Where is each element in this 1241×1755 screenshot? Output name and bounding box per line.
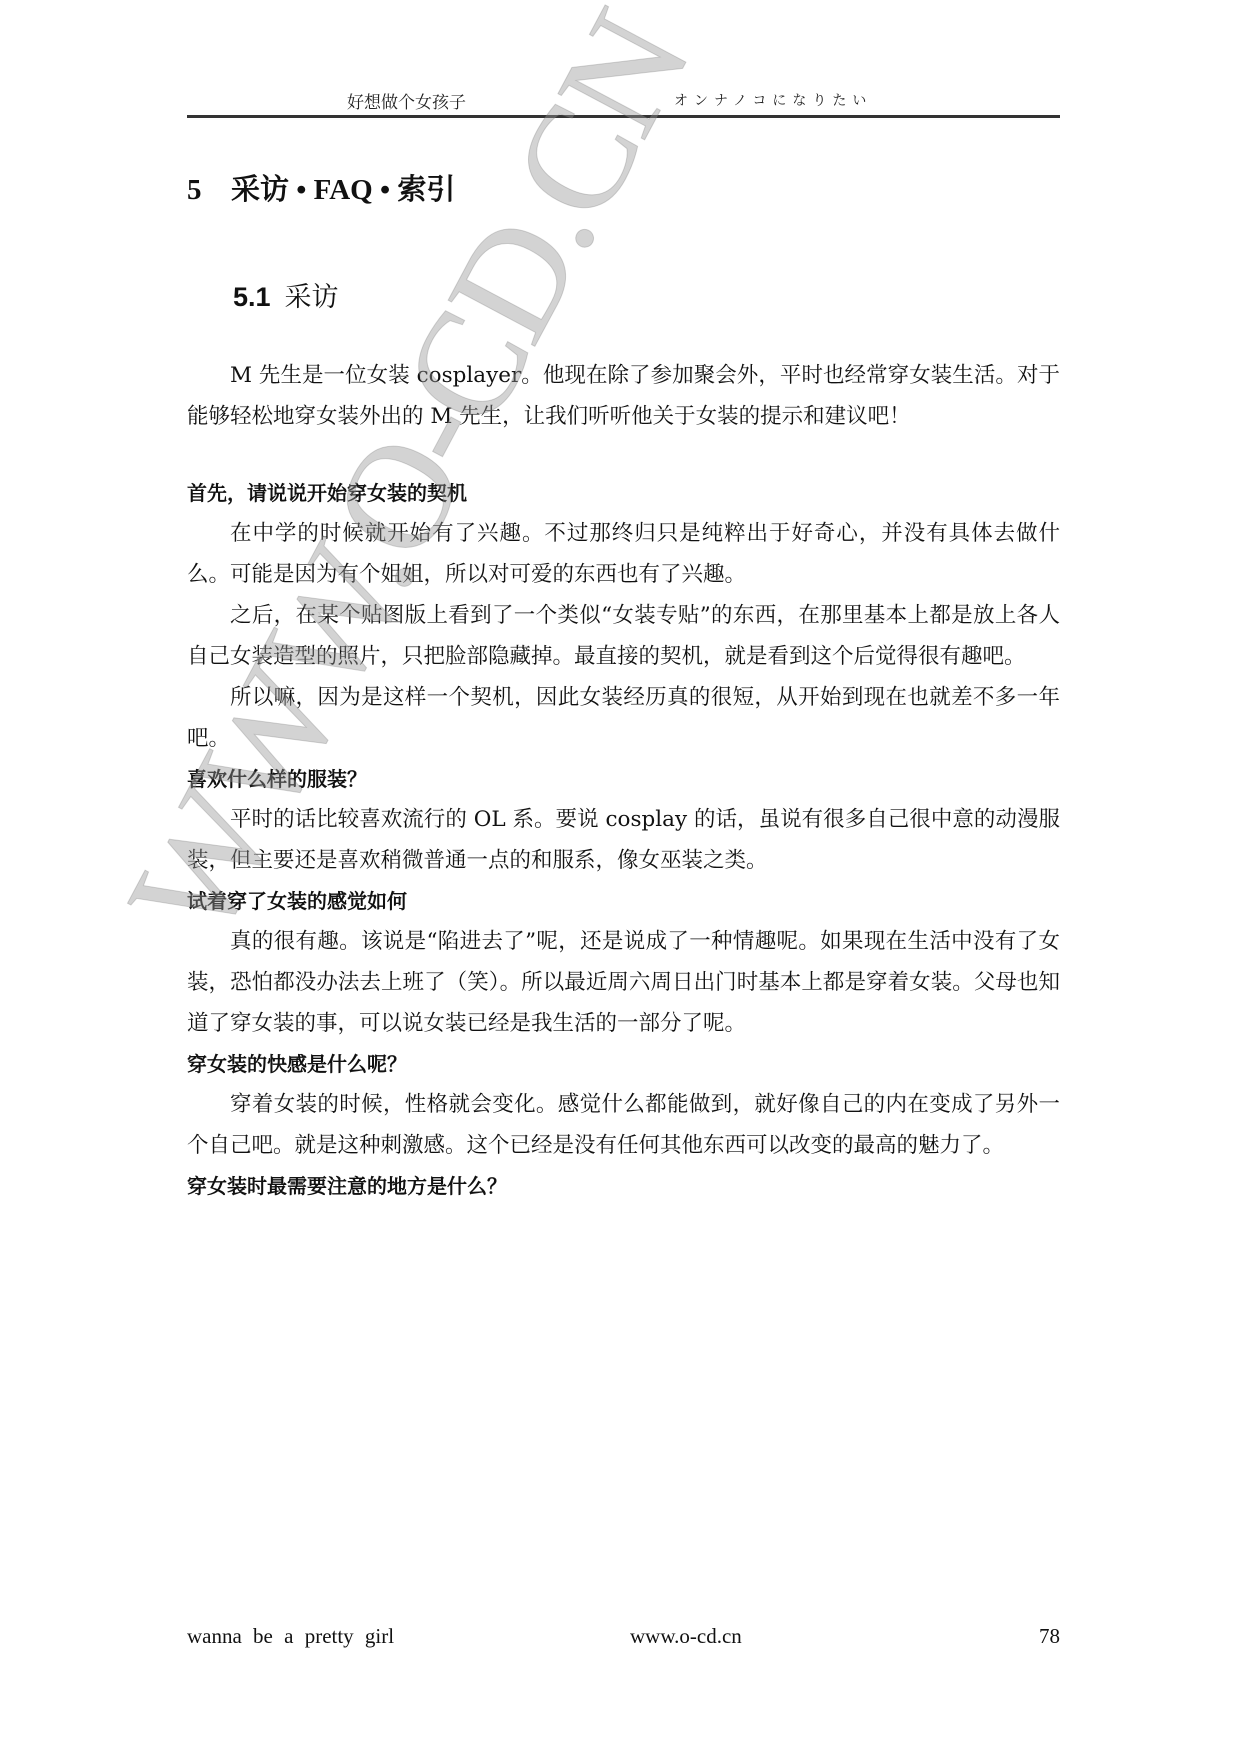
page-number: 78 [1039,1624,1060,1649]
header-title-cn: 好想做个女孩子 [347,88,466,113]
question-heading: 试着穿了女装的感觉如何 [187,881,1060,921]
section-title-text: 采访 [285,282,339,313]
chapter-number: 5 [187,174,231,207]
chapter-title-text: 采访 • FAQ • 索引 [231,174,455,206]
header-divider [187,115,1060,118]
answer-paragraph: 之后，在某个贴图版上看到了一个类似“女装专贴”的东西，在那里基本上都是放上各人自… [187,595,1060,677]
running-header: 好想做个女孩子 オンナノコになりたい [187,84,1060,114]
section-title: 5.1采访 [233,275,339,314]
answer-paragraph: 真的很有趣。该说是“陷进去了”呢，还是说成了一种情趣呢。如果现在生活中没有了女装… [187,921,1060,1044]
answer-paragraph: 在中学的时候就开始有了兴趣。不过那终归只是纯粹出于好奇心，并没有具体去做什么。可… [187,513,1060,595]
question-heading: 穿女装时最需要注意的地方是什么？ [187,1166,1060,1206]
chapter-title: 5采访 • FAQ • 索引 [187,167,455,208]
question-heading: 喜欢什么样的服装？ [187,759,1060,799]
answer-paragraph: 平时的话比较喜欢流行的 OL 系。要说 cosplay 的话，虽说有很多自己很中… [187,799,1060,881]
page-footer: wanna be a pretty girl www.o-cd.cn 78 [187,1624,1060,1654]
question-heading: 穿女装的快感是什么呢？ [187,1044,1060,1084]
section-number: 5.1 [233,282,271,312]
header-title-jp: オンナノコになりたい [674,90,872,110]
footer-left-text: wanna be a pretty girl [187,1624,394,1649]
answer-paragraph: 穿着女装的时候，性格就会变化。感觉什么都能做到，就好像自己的内在变成了另外一个自… [187,1084,1060,1166]
question-heading: 首先，请说说开始穿女装的契机 [187,473,1060,513]
answer-paragraph: 所以嘛，因为是这样一个契机，因此女装经历真的很短，从开始到现在也就差不多一年吧。 [187,677,1060,759]
footer-website: www.o-cd.cn [630,1624,742,1649]
intro-paragraph: M 先生是一位女装 cosplayer。他现在除了参加聚会外，平时也经常穿女装生… [187,355,1060,437]
body-text: M 先生是一位女装 cosplayer。他现在除了参加聚会外，平时也经常穿女装生… [187,355,1060,1206]
document-page: 好想做个女孩子 オンナノコになりたい 5采访 • FAQ • 索引 5.1采访 … [0,0,1241,1755]
